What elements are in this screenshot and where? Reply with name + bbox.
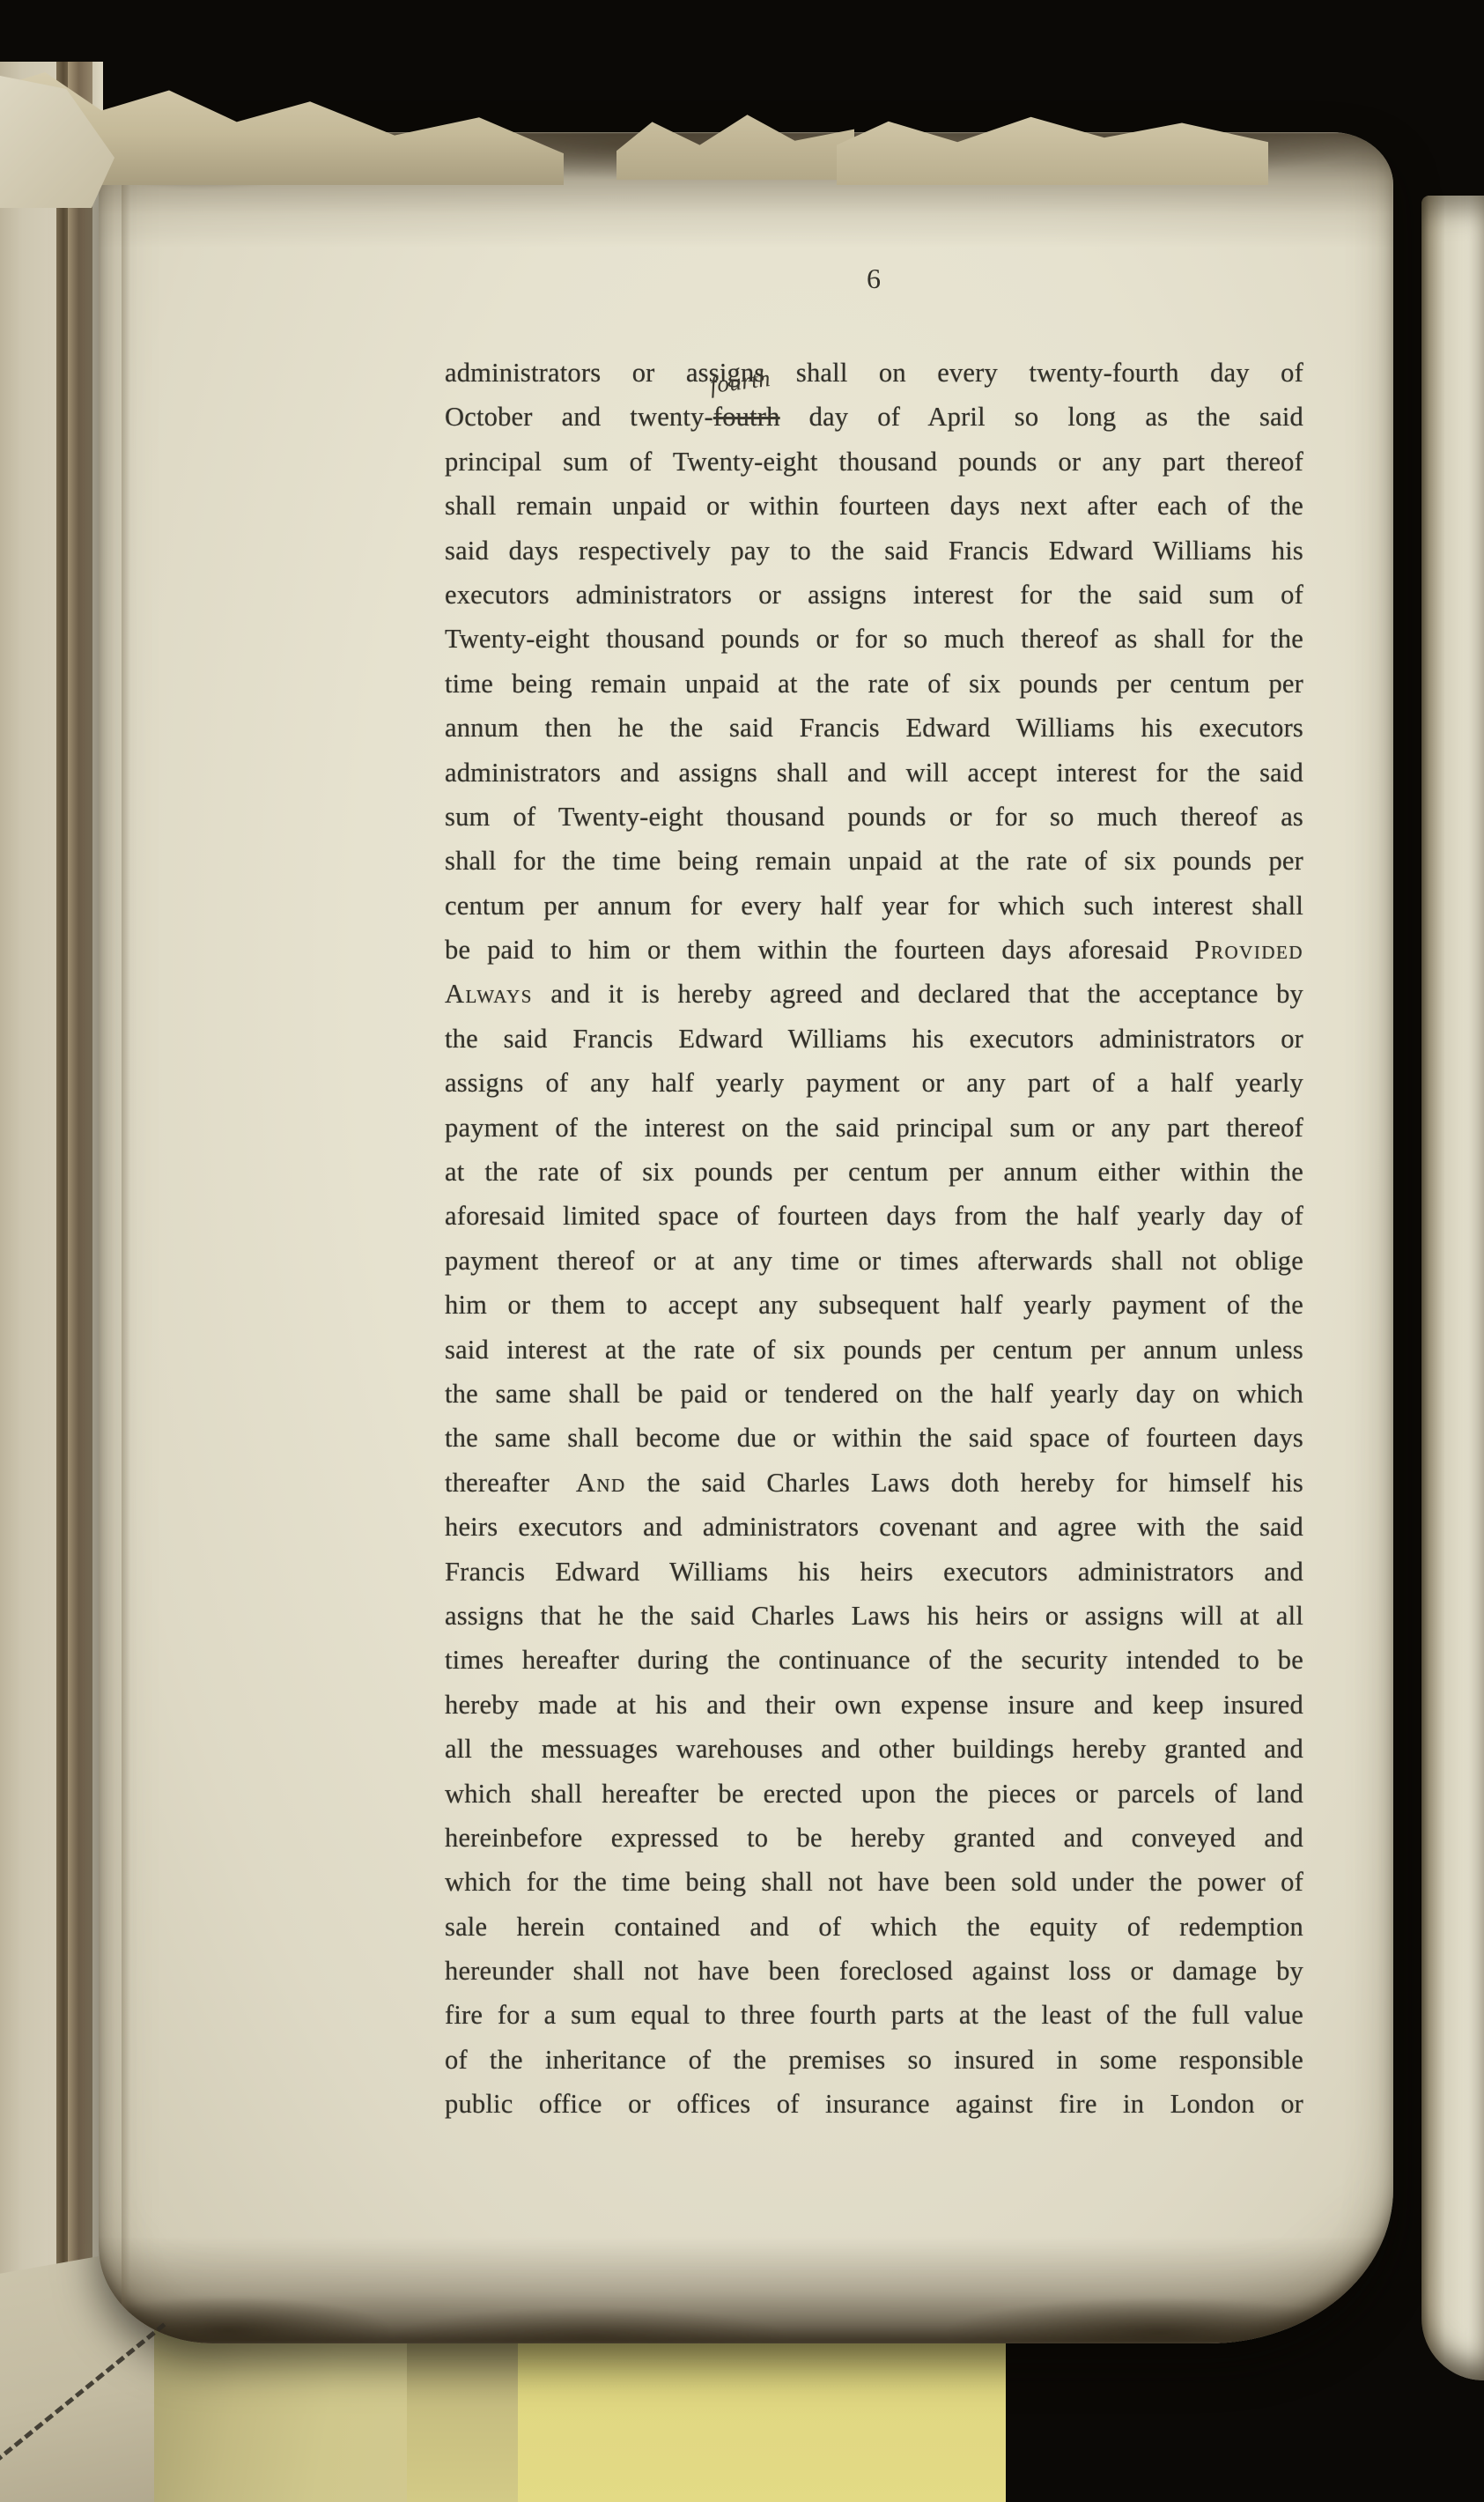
line-text: sale herein contained and of which the e… [445, 1912, 1303, 1942]
line-text: administrators and assigns shall and wil… [445, 758, 1303, 788]
line-text: times hereafter during the continuance o… [445, 1645, 1303, 1675]
document-line: time being remain unpaid at the rate of … [445, 662, 1303, 706]
document-line: sum of Twenty-eight thousand pounds or f… [445, 795, 1303, 839]
document-line: administrators and assigns shall and wil… [445, 751, 1303, 795]
line-text: annum then he the said Francis Edward Wi… [445, 713, 1303, 743]
line-text: payment thereof or at any time or times … [445, 1246, 1303, 1276]
document-line: Francis Edward Williams his heirs execut… [445, 1550, 1303, 1594]
line-text: Twenty-eight thousand pounds or for so m… [445, 624, 1303, 654]
document-line: him or them to accept any subsequent hal… [445, 1283, 1303, 1327]
line-text: payment of the interest on the said prin… [445, 1113, 1303, 1143]
document-line: hereunder shall not have been foreclosed… [445, 1949, 1303, 1993]
document-line: the same shall become due or within the … [445, 1416, 1303, 1460]
torn-paper-edge [837, 111, 1268, 185]
document-line: at the rate of six pounds per centum per… [445, 1150, 1303, 1194]
document-line: principal sum of Twenty-eight thousand p… [445, 440, 1303, 484]
struck-word: foutrhfourth [713, 402, 780, 432]
document-line: public office or offices of insurance ag… [445, 2082, 1303, 2126]
page-bottom-wear [99, 2238, 1393, 2343]
document-line: be paid to him or them within the fourte… [445, 928, 1303, 972]
page-fold-line [122, 132, 130, 2343]
document-line: said interest at the rate of six pounds … [445, 1328, 1303, 1372]
line-text: thereafter [445, 1468, 550, 1498]
document-line: October and twenty-foutrhfourth day of A… [445, 395, 1303, 439]
document-line: times hereafter during the continuance o… [445, 1638, 1303, 1682]
document-line: the same shall be paid or tendered on th… [445, 1372, 1303, 1416]
line-text: fire for a sum equal to three fourth par… [445, 2000, 1303, 2030]
line-text: the said Francis Edward Williams his exe… [445, 1024, 1303, 1054]
document-text: administrators or assigns shall on every… [445, 351, 1303, 2127]
document-line: assigns that he the said Charles Laws hi… [445, 1594, 1303, 1638]
line-text: said interest at the rate of six pounds … [445, 1335, 1303, 1365]
document-line: fire for a sum equal to three fourth par… [445, 1993, 1303, 2037]
document-line: executors administrators or assigns inte… [445, 573, 1303, 617]
line-text: October and twenty- [445, 402, 713, 432]
line-text: hereunder shall not have been foreclosed… [445, 1956, 1303, 1986]
line-text: hereby made at his and their own expense… [445, 1690, 1303, 1720]
line-text: the same shall be paid or tendered on th… [445, 1379, 1303, 1409]
document-line: shall remain unpaid or within fourteen d… [445, 484, 1303, 528]
gutter-crease [68, 62, 92, 2502]
document-line: hereby made at his and their own expense… [445, 1683, 1303, 1727]
page-number: 6 [445, 263, 1303, 295]
facing-page-edge [1421, 196, 1484, 2380]
document-line: shall for the time being remain unpaid a… [445, 839, 1303, 883]
line-text: of the inheritance of the premises so in… [445, 2045, 1303, 2075]
document-line: payment of the interest on the said prin… [445, 1106, 1303, 1150]
main-page: 6 administrators or assigns shall on eve… [99, 132, 1393, 2343]
line-text: shall for the time being remain unpaid a… [445, 846, 1303, 876]
line-text: hereinbefore expressed to be hereby gran… [445, 1823, 1303, 1853]
line-text: and it is hereby agreed and declared tha… [533, 979, 1303, 1009]
line-text: him or them to accept any subsequent hal… [445, 1290, 1303, 1320]
line-text: all the messuages warehouses and other b… [445, 1734, 1303, 1764]
document-line: payment thereof or at any time or times … [445, 1239, 1303, 1283]
document-line: of the inheritance of the premises so in… [445, 2038, 1303, 2082]
document-line: administrators or assigns shall on every… [445, 351, 1303, 395]
document-line: hereinbefore expressed to be hereby gran… [445, 1816, 1303, 1860]
document-line: which shall hereafter be erected upon th… [445, 1772, 1303, 1816]
smallcaps-word: Always [445, 979, 533, 1009]
document-line: said days respectively pay to the said F… [445, 529, 1303, 573]
gutter-crease-dark [56, 62, 68, 2502]
line-text: heirs executors and administrators coven… [445, 1512, 1303, 1542]
document-line: which for the time being shall not have … [445, 1860, 1303, 1904]
document-line: the said Francis Edward Williams his exe… [445, 1017, 1303, 1061]
line-text: shall remain unpaid or within fourteen d… [445, 491, 1303, 521]
line-text: principal sum of Twenty-eight thousand p… [445, 447, 1303, 477]
line-text: assigns that he the said Charles Laws hi… [445, 1601, 1303, 1631]
line-text: day of April so long as the said [780, 402, 1303, 432]
torn-paper-edge [616, 107, 854, 180]
line-text: which for the time being shall not have … [445, 1867, 1303, 1897]
line-text: aforesaid limited space of fourteen days… [445, 1201, 1303, 1231]
line-text: public office or offices of insurance ag… [445, 2089, 1303, 2119]
line-text: the same shall become due or within the … [445, 1423, 1303, 1453]
document-line: heirs executors and administrators coven… [445, 1505, 1303, 1549]
line-text: sum of Twenty-eight thousand pounds or f… [445, 802, 1303, 832]
line-text: executors administrators or assigns inte… [445, 580, 1303, 610]
line-text: be paid to him or them within the fourte… [445, 935, 1169, 965]
line-text: administrators or assigns shall on every… [445, 358, 1303, 388]
line-text: which shall hereafter be erected upon th… [445, 1779, 1303, 1809]
document-line: centum per annum for every half year for… [445, 884, 1303, 928]
line-text: assigns of any half yearly payment or an… [445, 1068, 1303, 1098]
document-line: all the messuages warehouses and other b… [445, 1727, 1303, 1771]
smallcaps-word: And [576, 1468, 626, 1498]
smallcaps-word: Provided [1195, 935, 1303, 965]
line-text: time being remain unpaid at the rate of … [445, 669, 1303, 699]
document-line: sale herein contained and of which the e… [445, 1905, 1303, 1949]
line-text: at the rate of six pounds per centum per… [445, 1157, 1303, 1187]
line-text: centum per annum for every half year for… [445, 891, 1303, 921]
book-scan: 6 administrators or assigns shall on eve… [0, 0, 1484, 2502]
yellow-tab-slice [407, 2329, 520, 2502]
line-text: said days respectively pay to the said F… [445, 536, 1303, 566]
document-line: thereafterAnd the said Charles Laws doth… [445, 1461, 1303, 1505]
line-text: the said Charles Laws doth hereby for hi… [626, 1468, 1303, 1498]
document-line: Twenty-eight thousand pounds or for so m… [445, 617, 1303, 661]
line-text: Francis Edward Williams his heirs execut… [445, 1557, 1303, 1587]
document-line: Always and it is hereby agreed and decla… [445, 972, 1303, 1016]
document-line: assigns of any half yearly payment or an… [445, 1061, 1303, 1105]
page-stack-left [0, 62, 56, 2502]
document-line: aforesaid limited space of fourteen days… [445, 1194, 1303, 1238]
document-line: annum then he the said Francis Edward Wi… [445, 706, 1303, 750]
